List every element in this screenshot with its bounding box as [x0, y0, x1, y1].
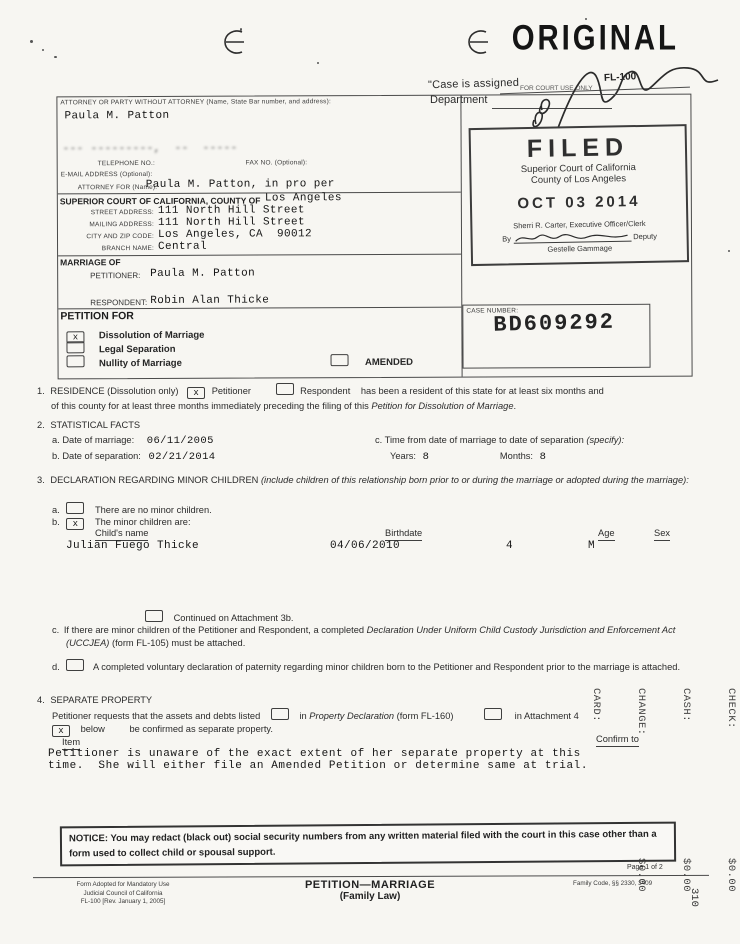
petition-option-nullity: Nullity of Marriage — [67, 353, 182, 372]
residence-respondent-label: Respondent — [300, 386, 350, 396]
no-minor-children-label: There are no minor children. — [95, 505, 212, 515]
attorney-name: Paula M. Patton — [64, 110, 169, 122]
petitioner-value: Paula M. Patton — [150, 268, 255, 280]
section3-number: 3. — [37, 475, 45, 485]
respondent-label: RESPONDENT: — [90, 298, 147, 307]
scan-speck — [317, 62, 319, 64]
city-zip-value: Los Angeles, CA 90012 — [158, 228, 312, 241]
no-minor-children-checkbox — [66, 502, 84, 514]
below-label: below — [81, 724, 105, 734]
section4-title: SEPARATE PROPERTY — [50, 695, 152, 705]
attorney-label: ATTORNEY OR PARTY WITHOUT ATTORNEY (Name… — [60, 98, 390, 106]
street-address-label: STREET ADDRESS: — [66, 209, 154, 216]
fax-label: FAX NO. (Optional): — [246, 159, 308, 166]
date-of-separation-row: b. Date of separation: 02/21/2014 — [52, 450, 216, 464]
years-months-row: Years: 8 Months: 8 — [390, 450, 546, 464]
separate-property-request-row: Petitioner requests that the assets and … — [52, 708, 579, 723]
mailing-address-value: 111 North Hill Street — [158, 216, 305, 229]
petitioner-label: PETITIONER: — [90, 271, 140, 280]
minor-children-label: The minor children are: — [95, 517, 191, 527]
filed-deputy-label: Deputy — [633, 232, 657, 241]
months-label: Months: — [500, 451, 533, 461]
city-zip-label: CITY AND ZIP CODE: — [66, 233, 154, 240]
section3-title: DECLARATION REGARDING MINOR CHILDREN — [50, 475, 261, 485]
nullity-label: Nullity of Marriage — [99, 358, 182, 369]
time-from-marriage-row: c. Time from date of marriage to date of… — [375, 434, 624, 447]
uccjea-post: (form FL-105) must be attached. — [109, 638, 245, 648]
paternity-paragraph: d. A completed voluntary declaration of … — [52, 659, 740, 674]
section2-number: 2. — [37, 420, 45, 430]
receipt-line: CHECK: $0.00 — [723, 688, 738, 944]
date-of-marriage-label: a. Date of marriage: — [52, 435, 134, 445]
mailing-address-label: MAILING ADDRESS: — [66, 221, 154, 228]
time-specify-italic: (specify): — [586, 435, 624, 445]
branch-name-value: Central — [158, 241, 207, 253]
child-age-value: 4 — [506, 540, 513, 552]
footer-title: PETITION—MARRIAGE — [255, 879, 485, 891]
footer-title-block: PETITION—MARRIAGE (Family Law) — [255, 879, 485, 902]
scan-speck — [42, 49, 44, 51]
residence-text1: has been a resident of this state for at… — [361, 386, 604, 396]
date-of-marriage-row: a. Date of marriage: 06/11/2005 — [52, 434, 214, 448]
item-d-number: d. — [52, 662, 60, 672]
form-adoption-line2: Judicial Council of California — [58, 890, 188, 899]
separate-property-item-line2: time. She will either file an Amended Pe… — [48, 760, 588, 772]
superior-court-value: Los Angeles — [265, 192, 342, 204]
property-declaration-label: in Property Declaration (form FL-160) — [299, 711, 453, 721]
attorney-for-value: Paula M. Patton, in pro per — [146, 178, 335, 191]
item-a-number: a. — [52, 505, 60, 515]
section4-number: 4. — [37, 695, 45, 705]
original-stamp: ORIGINAL — [512, 19, 679, 59]
residence-text2: of this county for at least three months… — [51, 401, 371, 411]
street-address-value: 111 North Hill Street — [158, 204, 305, 217]
section-minor-children: 3. DECLARATION REGARDING MINOR CHILDREN … — [37, 474, 692, 487]
birthdate-header: Birthdate — [385, 527, 422, 541]
section-statistical-facts: 2. STATISTICAL FACTS — [37, 419, 140, 432]
filed-by-label: By — [502, 234, 511, 243]
form-header-box: ATTORNEY OR PARTY WITHOUT ATTORNEY (Name… — [56, 94, 692, 380]
case-number-box: CASE NUMBER: BD609292 — [462, 304, 650, 369]
scan-speck — [30, 40, 33, 43]
residence-text2-italic: Petition for Dissolution of Marriage — [371, 401, 513, 411]
receipt-line: CHANGE: $0.00 — [633, 688, 648, 944]
continued-attachment-checkbox — [145, 610, 163, 622]
date-of-separation-label: b. Date of separation: — [52, 451, 141, 461]
age-header: Age — [598, 527, 615, 541]
amended-label: AMENDED — [365, 357, 413, 368]
residence-respondent-checkbox — [276, 383, 294, 395]
child-birthdate-value: 04/06/2010 — [330, 540, 400, 552]
petition-for-heading: PETITION FOR — [60, 310, 134, 322]
sex-header: Sex — [654, 527, 670, 541]
respondent-value: Robin Alan Thicke — [150, 294, 269, 307]
copy-artifact-mark — [218, 26, 250, 58]
section-separate-property: 4. SEPARATE PROPERTY — [37, 694, 152, 707]
marriage-of-heading: MARRIAGE OF — [60, 257, 120, 267]
receipt-line: CARD: — [588, 688, 603, 944]
continued-attachment-row: Continued on Attachment 3b. — [145, 610, 294, 625]
section1-title: RESIDENCE (Dissolution only) — [50, 386, 178, 396]
filed-title: FILED — [471, 132, 685, 165]
continued-attachment-label: Continued on Attachment 3b. — [174, 613, 294, 623]
case-assigned-note: "Case is assigned — [428, 77, 519, 91]
case-number-value: BD609292 — [493, 310, 615, 338]
attorney-address-redacted: --- ---------, -- ----- — [63, 143, 238, 156]
residence-petitioner-label: Petitioner — [212, 386, 251, 396]
scanned-petition-document: ORIGINAL FL-100 FOR COURT USE ONLY "Case… — [0, 0, 740, 944]
form-adoption-block: Form Adopted for Mandatory Use Judicial … — [58, 881, 188, 907]
section-residence: 1. RESIDENCE (Dissolution only) x Petiti… — [37, 383, 709, 413]
no-minor-children-row: a. There are no minor children. — [52, 502, 212, 517]
minor-children-checkbox: x — [66, 518, 84, 530]
receipt-register-number: 310 — [688, 888, 700, 907]
paternity-text: A completed voluntary declaration of pat… — [93, 662, 680, 672]
copy-artifact-mark — [462, 26, 494, 58]
uccjea-paragraph: c. If there are minor children of the Pe… — [52, 624, 714, 650]
section2-title: STATISTICAL FACTS — [50, 420, 140, 430]
child-sex-value: M — [588, 540, 595, 552]
telephone-label: TELEPHONE NO.: — [98, 160, 155, 167]
time-from-marriage-label: c. Time from date of marriage to date of… — [375, 435, 586, 445]
item-b-number: b. — [52, 517, 60, 527]
form-adoption-line1: Form Adopted for Mandatory Use — [58, 881, 188, 890]
request-text: Petitioner requests that the assets and … — [52, 711, 260, 721]
date-of-separation-value: 02/21/2014 — [149, 451, 216, 463]
residence-petitioner-checkbox: x — [187, 387, 205, 399]
amended-option: AMENDED — [331, 352, 414, 370]
child-name-value: Julian Fuego Thicke — [66, 540, 199, 552]
property-declaration-checkbox — [271, 708, 289, 720]
months-value: 8 — [540, 451, 547, 463]
filed-date: OCT 03 2014 — [472, 192, 686, 213]
branch-name-label: BRANCH NAME: — [66, 245, 154, 252]
deputy-signature — [513, 229, 631, 245]
divider — [58, 192, 461, 195]
date-of-marriage-value: 06/11/2005 — [147, 435, 214, 447]
section3-title-italic: (include children of this relationship b… — [261, 475, 689, 485]
divider — [58, 254, 461, 257]
years-value: 8 — [423, 451, 430, 463]
item-c-number: c. — [52, 625, 59, 635]
paternity-checkbox — [66, 659, 84, 671]
residence-text2-post: . — [514, 401, 517, 411]
years-label: Years: — [390, 451, 416, 461]
attachment4-checkbox — [484, 708, 502, 720]
uccjea-text: If there are minor children of the Petit… — [64, 625, 367, 635]
section1-number: 1. — [37, 386, 45, 396]
footer-subtitle: (Family Law) — [255, 891, 485, 902]
filed-stamp: FILED Superior Court of California Count… — [469, 124, 689, 266]
below-confirmed-row: x below be confirmed as separate propert… — [52, 723, 273, 737]
scan-speck — [54, 56, 57, 58]
amended-checkbox — [331, 354, 349, 366]
receipt-stamp: LEA/DEF#: DATE PAID: 10/05/14 3:10:00 PM… — [558, 688, 740, 944]
email-label: E-MAIL ADDRESS (Optional): — [61, 171, 153, 178]
legal-separation-checkbox — [66, 341, 84, 353]
separate-property-item-line1: Petitioner is unaware of the exact exten… — [48, 748, 581, 760]
confirmed-text: be confirmed as separate property. — [129, 724, 273, 734]
nullity-checkbox — [67, 355, 85, 367]
form-adoption-line3: FL-100 [Rev. January 1, 2005] — [58, 898, 188, 907]
scan-speck — [728, 250, 730, 252]
child-name-header: Child's name — [95, 527, 148, 541]
